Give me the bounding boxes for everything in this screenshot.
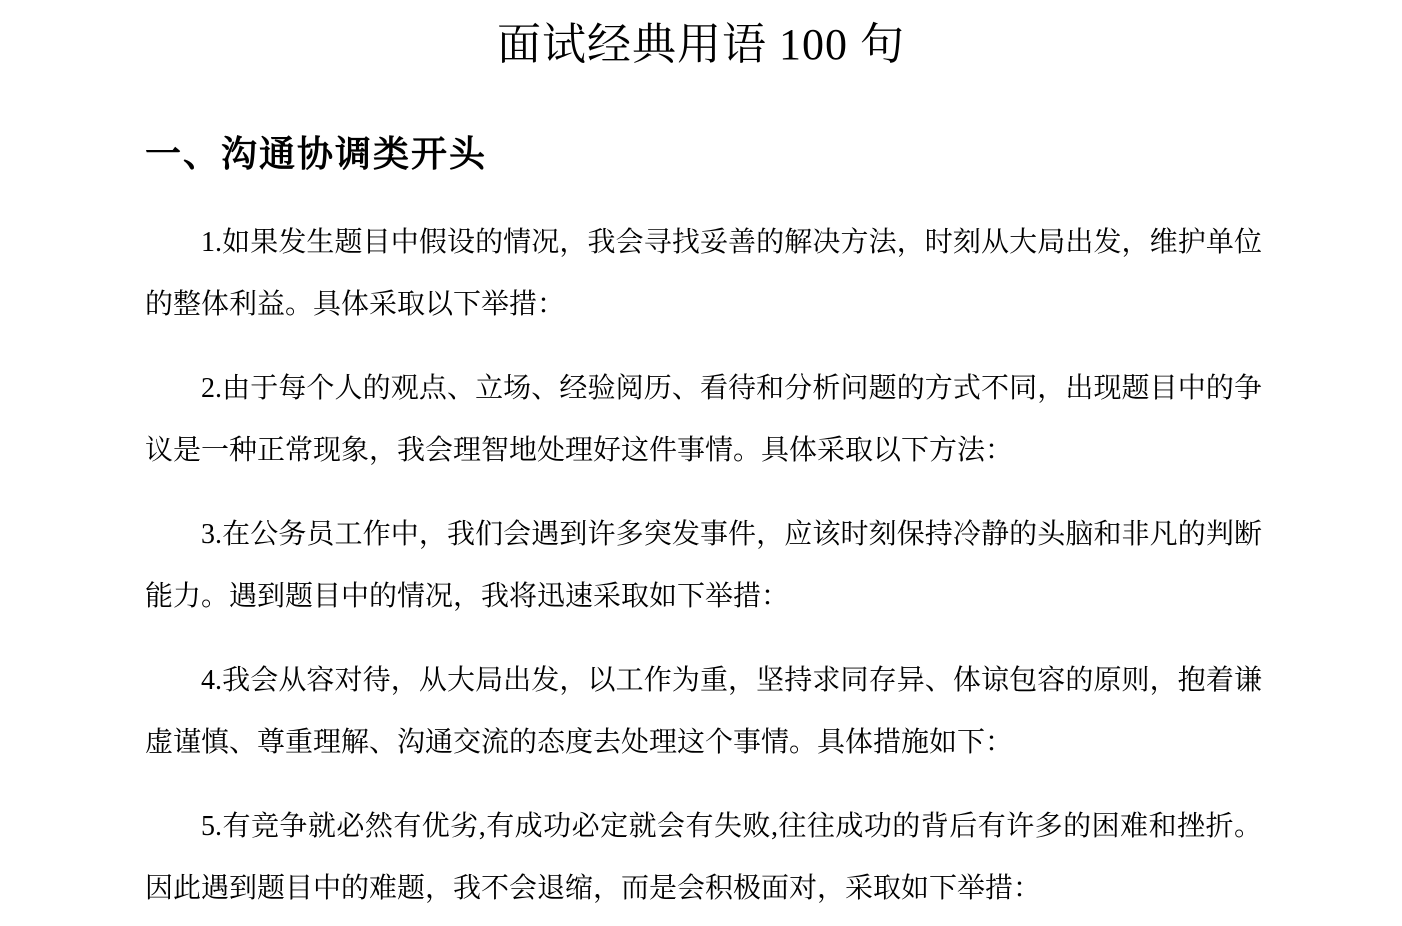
section-heading: 一、沟通协调类开头 <box>145 130 1402 178</box>
page-title: 面试经典用语 100 句 <box>0 14 1402 76</box>
paragraph: 5.有竞争就必然有优劣,有成功必定就会有失败,往往成功的背后有许多的困难和挫折。… <box>145 796 1262 920</box>
paragraph: 3.在公务员工作中，我们会遇到许多突发事件，应该时刻保持冷静的头脑和非凡的判断能… <box>145 504 1262 628</box>
document-page: 面试经典用语 100 句 一、沟通协调类开头 1.如果发生题目中假设的情况，我会… <box>0 0 1402 926</box>
paragraph: 1.如果发生题目中假设的情况，我会寻找妥善的解决方法，时刻从大局出发，维护单位的… <box>145 212 1262 336</box>
paragraph: 4.我会从容对待，从大局出发，以工作为重，坚持求同存异、体谅包容的原则，抱着谦虚… <box>145 650 1262 774</box>
section-body: 1.如果发生题目中假设的情况，我会寻找妥善的解决方法，时刻从大局出发，维护单位的… <box>145 212 1262 920</box>
paragraph: 2.由于每个人的观点、立场、经验阅历、看待和分析问题的方式不同，出现题目中的争议… <box>145 358 1262 482</box>
